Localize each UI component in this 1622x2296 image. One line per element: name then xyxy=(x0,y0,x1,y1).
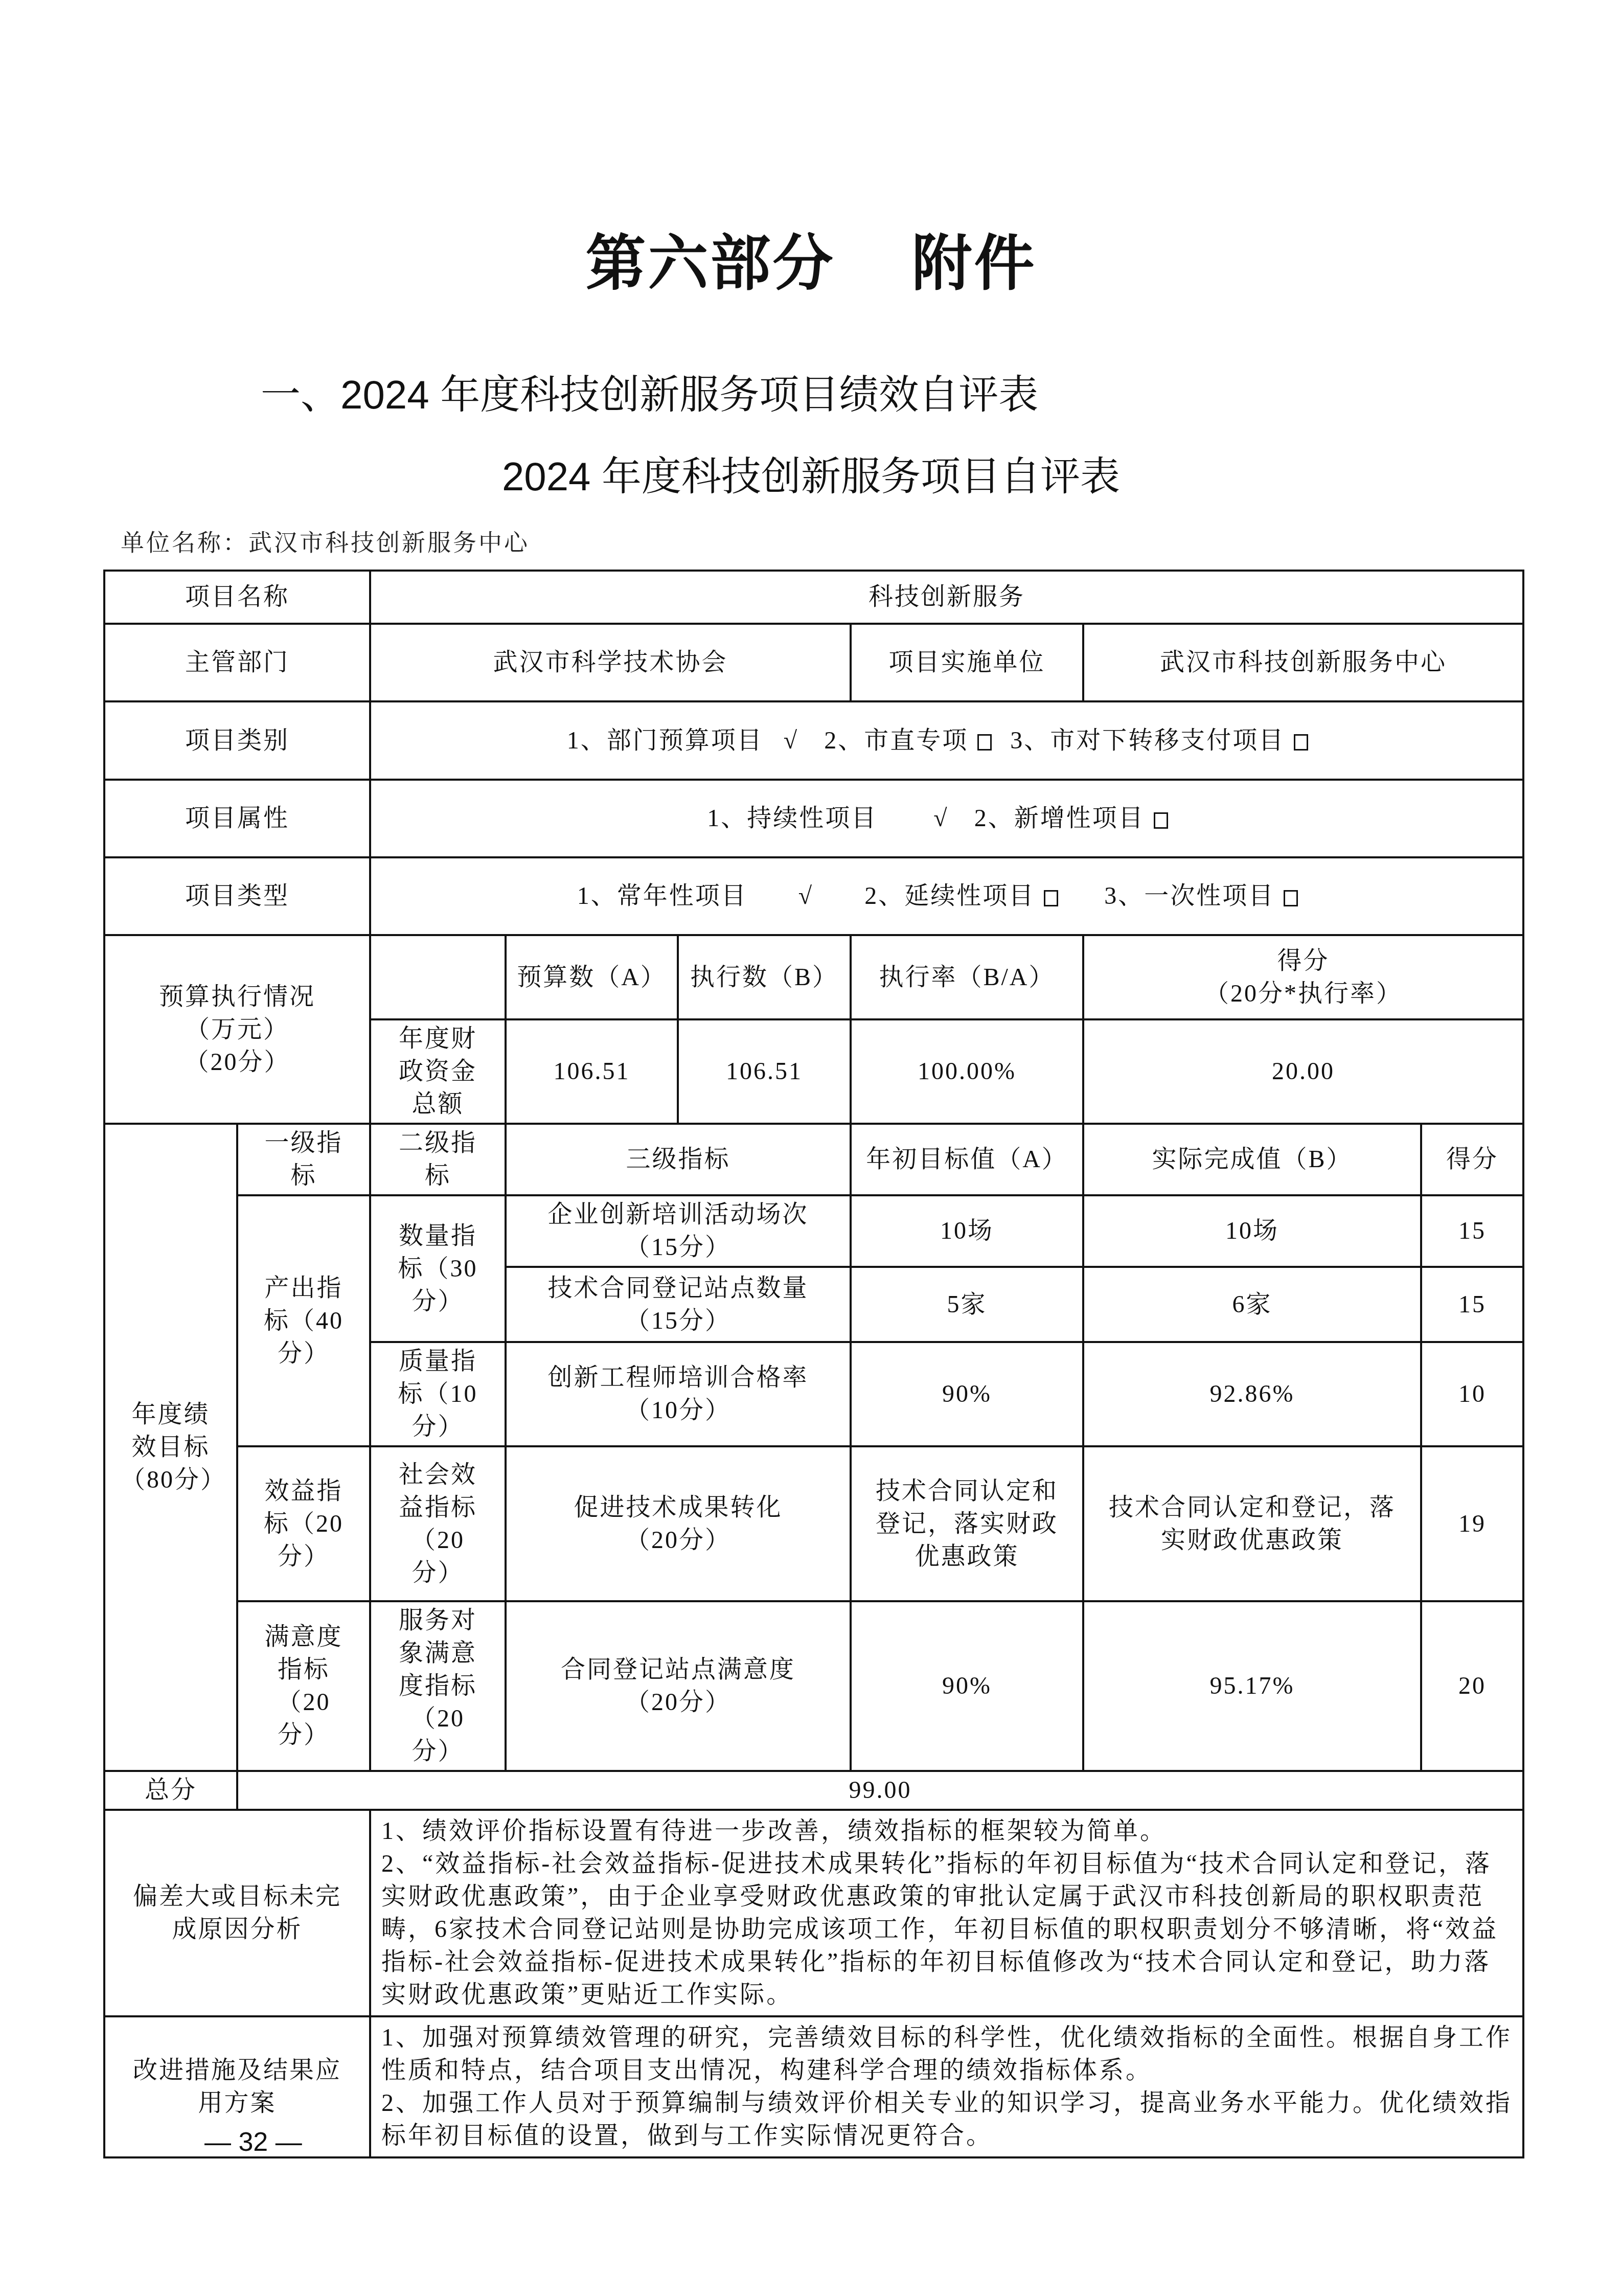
page-number: — 32 — xyxy=(204,2127,302,2157)
category-options: 1、部门预算项目√2、市直专项3、市对下转移支付项目 xyxy=(370,701,1523,780)
indicator-cell: 技术合同登记站点数量 （15分） xyxy=(506,1267,851,1342)
deviation-paragraph-1: 1、绩效评价指标设置有待进一步改善，绩效指标的框架较为简单。 xyxy=(381,1815,1512,1848)
indicator-cell: 创新工程师培训合格率 （10分） xyxy=(506,1342,851,1446)
level2-quantity: 数量指标（30分） xyxy=(370,1195,506,1342)
level1-benefit: 效益指标（20分） xyxy=(237,1446,370,1601)
attribute-option-2: 2、新增性项目 xyxy=(974,805,1145,832)
improvement-text: 1、加强对预算绩效管理的研究，完善绩效目标的科学性，优化绩效指标的全面性。根据自… xyxy=(370,2016,1523,2157)
budget-row-label: 年度财政资金总额 xyxy=(370,1019,506,1124)
header-score: 得分 xyxy=(1421,1124,1523,1195)
budget-label: 预算执行情况 （万元） （20分） xyxy=(104,935,370,1124)
level1-satisfaction: 满意度指标（20分） xyxy=(237,1601,370,1771)
checkmark-icon[interactable]: √ xyxy=(784,724,798,757)
level2-quality: 质量指标（10分） xyxy=(370,1342,506,1446)
part-title-right: 附件 xyxy=(912,230,1037,298)
executed-value: 106.51 xyxy=(678,1019,851,1124)
checkbox-empty-icon[interactable] xyxy=(1044,890,1058,906)
target-cell: 90% xyxy=(851,1601,1083,1771)
rate-value: 100.00% xyxy=(851,1019,1083,1124)
supervisor-value: 武汉市科学技术协会 xyxy=(370,624,851,701)
improvement-paragraph-2: 2、加强工作人员对于预算编制与绩效评价相关专业的知识学习，提高业务水平能力。优化… xyxy=(381,2087,1512,2152)
score-cell: 20 xyxy=(1421,1601,1523,1771)
table-row: 效益指标（20分） 社会效益指标（20分） 促进技术成果转化 （20分） 技术合… xyxy=(104,1446,1523,1601)
header-level3: 三级指标 xyxy=(506,1124,851,1195)
checkbox-empty-icon[interactable] xyxy=(1154,812,1168,829)
row-supervisor: 主管部门 武汉市科学技术协会 项目实施单位 武汉市科技创新服务中心 xyxy=(104,624,1523,701)
total-value: 99.00 xyxy=(237,1771,1523,1810)
budget-col-a: 预算数（A） xyxy=(506,935,678,1019)
type-option-1: 1、常年性项目 xyxy=(577,882,747,910)
unit-name: 单位名称：武汉市科技创新服务中心 xyxy=(121,524,530,558)
budget-col-rate: 执行率（B/A） xyxy=(851,935,1083,1019)
category-option-2: 2、市直专项 xyxy=(824,727,968,754)
row-improvement: 改进措施及结果应用方案 1、加强对预算绩效管理的研究，完善绩效目标的科学性，优化… xyxy=(104,2016,1523,2157)
part-title-left: 第六部分 xyxy=(585,230,835,298)
header-level1: 一级指标 xyxy=(237,1124,370,1195)
header-level2: 二级指标 xyxy=(370,1124,506,1195)
row-project-name: 项目名称 科技创新服务 xyxy=(104,571,1523,624)
row-type: 项目类型 1、常年性项目√2、延续性项目3、一次性项目 xyxy=(104,857,1523,935)
self-evaluation-table: 项目名称 科技创新服务 主管部门 武汉市科学技术协会 项目实施单位 武汉市科技创… xyxy=(103,570,1524,2158)
section-title: 一、2024 年度科技创新服务项目绩效自评表 xyxy=(261,363,1038,420)
row-deviation: 偏差大或目标未完成原因分析 1、绩效评价指标设置有待进一步改善，绩效指标的框架较… xyxy=(104,1810,1523,2016)
table-row: 满意度指标（20分） 服务对象满意度指标（20分） 合同登记站点满意度 （20分… xyxy=(104,1601,1523,1771)
deviation-paragraph-2: 2、“效益指标-社会效益指标-促进技术成果转化”指标的年初目标值为“技术合同认定… xyxy=(381,1848,1512,2011)
perf-group-label: 年度绩效目标（80分） xyxy=(104,1124,237,1771)
target-cell: 5家 xyxy=(851,1267,1083,1342)
target-cell: 90% xyxy=(851,1342,1083,1446)
table-title: 2024 年度科技创新服务项目自评表 xyxy=(0,445,1622,502)
target-cell: 10场 xyxy=(851,1195,1083,1267)
part-title: 第六部分附件 xyxy=(0,215,1622,302)
row-attribute: 项目属性 1、持续性项目√2、新增性项目 xyxy=(104,780,1523,857)
score-cell: 15 xyxy=(1421,1267,1523,1342)
budget-col-b: 执行数（B） xyxy=(678,935,851,1019)
deviation-text: 1、绩效评价指标设置有待进一步改善，绩效指标的框架较为简单。 2、“效益指标-社… xyxy=(370,1810,1523,2016)
row-category: 项目类别 1、部门预算项目√2、市直专项3、市对下转移支付项目 xyxy=(104,701,1523,780)
row-total: 总分 99.00 xyxy=(104,1771,1523,1810)
row-budget-header: 预算执行情况 （万元） （20分） 预算数（A） 执行数（B） 执行率（B/A）… xyxy=(104,935,1523,1019)
category-option-1: 1、部门预算项目 xyxy=(567,727,763,754)
implementer-value: 武汉市科技创新服务中心 xyxy=(1083,624,1523,701)
budget-value: 106.51 xyxy=(506,1019,678,1124)
type-label: 项目类型 xyxy=(104,857,370,935)
checkbox-empty-icon[interactable] xyxy=(1284,890,1298,906)
type-option-3: 3、一次性项目 xyxy=(1104,882,1274,910)
indicator-cell: 促进技术成果转化 （20分） xyxy=(506,1446,851,1601)
attribute-options: 1、持续性项目√2、新增性项目 xyxy=(370,780,1523,857)
budget-score-value: 20.00 xyxy=(1083,1019,1523,1124)
attribute-option-1: 1、持续性项目 xyxy=(707,805,877,832)
target-cell: 技术合同认定和登记，落实财政优惠政策 xyxy=(851,1446,1083,1601)
type-options: 1、常年性项目√2、延续性项目3、一次性项目 xyxy=(370,857,1523,935)
row-perf-header: 年度绩效目标（80分） 一级指标 二级指标 三级指标 年初目标值（A） 实际完成… xyxy=(104,1124,1523,1195)
table-row: 产出指标（40分） 数量指标（30分） 企业创新培训活动场次 （15分） 10场… xyxy=(104,1195,1523,1267)
actual-cell: 技术合同认定和登记，落实财政优惠政策 xyxy=(1083,1446,1421,1601)
checkmark-icon[interactable]: √ xyxy=(798,880,813,913)
score-cell: 10 xyxy=(1421,1342,1523,1446)
score-cell: 19 xyxy=(1421,1446,1523,1601)
checkmark-icon[interactable]: √ xyxy=(933,802,948,835)
actual-cell: 10场 xyxy=(1083,1195,1421,1267)
budget-header-blank xyxy=(370,935,506,1019)
total-label: 总分 xyxy=(104,1771,237,1810)
checkbox-empty-icon[interactable] xyxy=(1294,734,1308,751)
actual-cell: 95.17% xyxy=(1083,1601,1421,1771)
project-name-value: 科技创新服务 xyxy=(370,571,1523,624)
supervisor-label: 主管部门 xyxy=(104,624,370,701)
level1-output: 产出指标（40分） xyxy=(237,1195,370,1446)
header-actual: 实际完成值（B） xyxy=(1083,1124,1421,1195)
level2-social: 社会效益指标（20分） xyxy=(370,1446,506,1601)
category-option-3: 3、市对下转移支付项目 xyxy=(1010,727,1285,754)
type-option-2: 2、延续性项目 xyxy=(864,882,1035,910)
deviation-label: 偏差大或目标未完成原因分析 xyxy=(104,1810,370,2016)
project-name-label: 项目名称 xyxy=(104,571,370,624)
header-target: 年初目标值（A） xyxy=(851,1124,1083,1195)
score-cell: 15 xyxy=(1421,1195,1523,1267)
indicator-cell: 合同登记站点满意度 （20分） xyxy=(506,1601,851,1771)
indicator-cell: 企业创新培训活动场次 （15分） xyxy=(506,1195,851,1267)
checkbox-empty-icon[interactable] xyxy=(977,734,992,751)
attribute-label: 项目属性 xyxy=(104,780,370,857)
category-label: 项目类别 xyxy=(104,701,370,780)
actual-cell: 6家 xyxy=(1083,1267,1421,1342)
actual-cell: 92.86% xyxy=(1083,1342,1421,1446)
budget-col-score: 得分 （20分*执行率） xyxy=(1083,935,1523,1019)
level2-service-satisfaction: 服务对象满意度指标（20分） xyxy=(370,1601,506,1771)
improvement-paragraph-1: 1、加强对预算绩效管理的研究，完善绩效目标的科学性，优化绩效指标的全面性。根据自… xyxy=(381,2021,1512,2087)
implementer-label: 项目实施单位 xyxy=(851,624,1083,701)
